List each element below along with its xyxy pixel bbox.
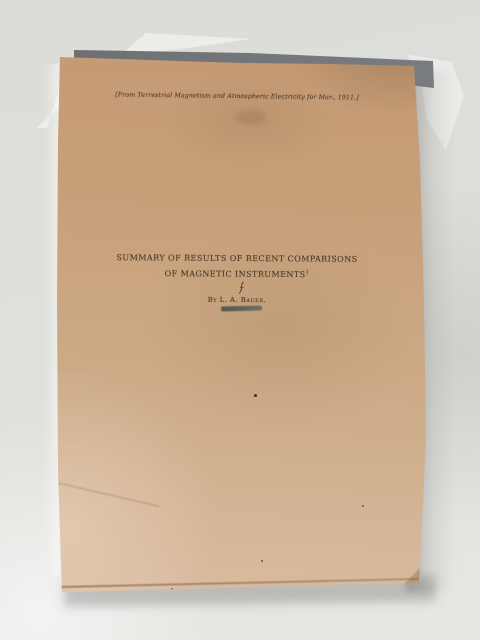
title-line-2: OF MAGNETIC INSTRUMENTS1 — [60, 264, 414, 282]
pamphlet-cover: [From Terrestrial Magnetism and Atmosphe… — [0, 0, 480, 640]
photo-frame: [From Terrestrial Magnetism and Atmosphe… — [0, 0, 480, 640]
title-footnote-marker: 1 — [306, 269, 310, 275]
stain-speck — [254, 394, 257, 397]
stain-speck — [362, 505, 364, 507]
pencil-smudge — [221, 305, 262, 311]
stain-speck — [261, 560, 263, 562]
title-block: SUMMARY OF RESULTS OF RECENT COMPARISONS… — [60, 251, 414, 282]
crease-line — [58, 482, 160, 507]
stain-blot — [236, 110, 266, 124]
journal-citation-line: [From Terrestrial Magnetism and Atmosphe… — [60, 91, 414, 102]
handwritten-mark-icon — [236, 281, 248, 295]
byline: By L. A. Bauer. — [60, 295, 414, 305]
